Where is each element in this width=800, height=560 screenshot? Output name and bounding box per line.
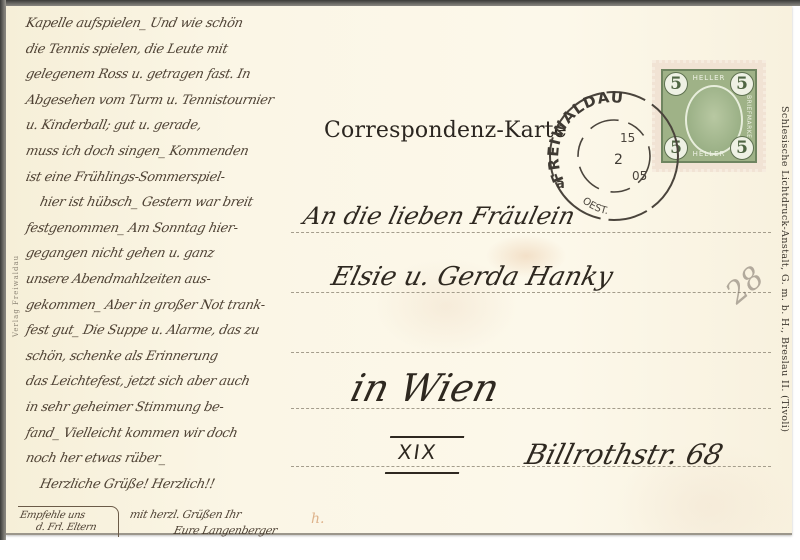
address-city: in Wien [347,366,504,410]
postmark-town: FREIWALDAU [544,88,625,185]
corner-note-2: d. Frl. Eltern [35,522,97,533]
message-area: Kapelle aufspielen_ Und wie schöndie Ten… [18,12,286,530]
address-rule [291,352,771,353]
message-line: festgenommen_ Am Sonntag hier- [24,221,239,236]
svg-text:FREIWALDAU: FREIWALDAU [544,88,625,185]
message-line: Abgesehen vom Turm u. Tennistournier [24,93,274,108]
message-line: muss ich doch singen_ Kommenden [24,144,249,159]
corner-note-1: Empfehle uns [19,510,86,521]
pencil-mark: h. [311,511,324,527]
address-rule [291,292,771,293]
message-line: hier ist hübsch_ Gestern war breit [38,195,254,210]
postmark-suffix: a [556,177,565,192]
address-recipients: Elsie u. Gerda Hanky [328,262,616,292]
address-salutation: An die lieben Fräulein [301,202,578,230]
postmark-year: 05 [632,169,647,183]
message-line: gekommen_ Aber in großer Not trank- [24,298,266,313]
message-closing: mit herzl. Grüßen Ihr [129,508,243,521]
postmark-time: 15 [620,131,635,145]
message-line: fand_ Vielleicht kommen wir doch [24,426,238,441]
message-line: gelegenem Ross u. getragen fast. In [24,67,251,82]
pencil-annotation: 28 [719,260,771,311]
card-title: Correspondenz-Karte [324,118,567,143]
postmark-day: 2 [614,152,623,168]
message-line: das Leichtefest, jetzt sich aber auch [24,374,251,389]
stamp-currency-bottom: HELLER [687,150,731,158]
stamp-value: 5 [730,72,754,96]
message-line: ist eine Frühlings-Sommerspiel- [24,170,226,185]
address-rule [291,232,771,233]
address-street: Billrothstr. 68 [522,438,727,471]
printer-imprint: Schlesische Lichtdruck-Anstalt, G. m. b.… [774,106,790,496]
message-line: schön, schenke als Erinnerung [24,349,219,364]
postmark-cancellation: FREIWALDAU OEST. 15 2 05 a [542,84,682,224]
message-line: Kapelle aufspielen_ Und wie schön [24,16,244,31]
message-signature: Eure Langenberger [173,524,279,537]
stamp-value: 5 [730,136,754,160]
message-line: die Tennis spielen, die Leute mit [24,42,228,57]
message-line: noch her etwas rüber_ [24,451,167,466]
address-district: XIX [396,440,439,464]
message-line: gegangen nicht gehen u. ganz [24,246,215,261]
message-line: fest gut_ Die Suppe u. Alarme, das zu [24,323,260,338]
message-line: u. Kinderball; gut u. gerade, [24,118,202,133]
stamp-currency-top: HELLER [687,74,731,82]
message-line: in sehr geheimer Stimmung be- [24,400,225,415]
message-line: Herzliche Grüße! Herzlich!! [38,477,216,492]
message-line: unsere Abendmahlzeiten aus- [24,272,212,287]
